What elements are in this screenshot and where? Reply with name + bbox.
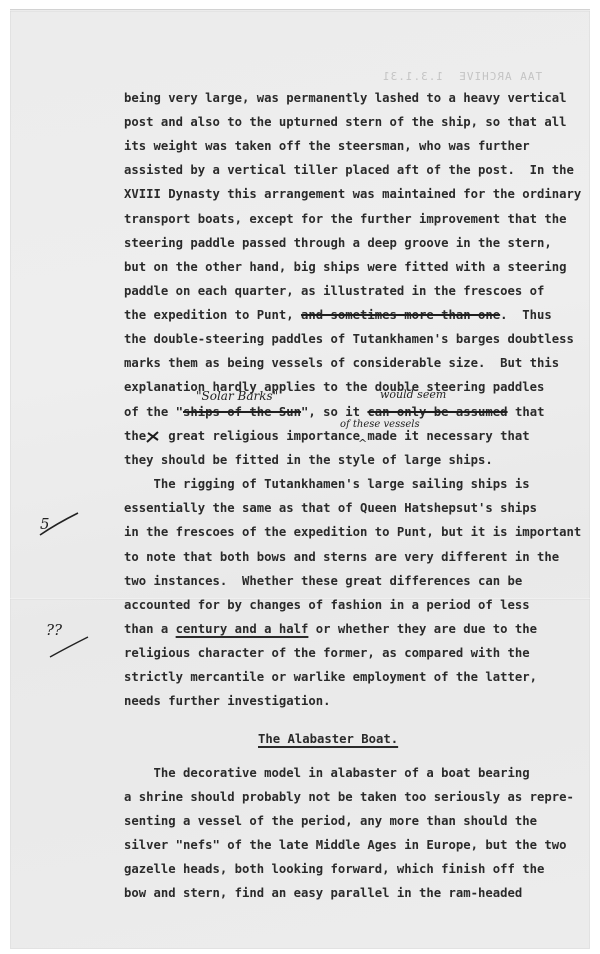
margin-slash-icon [38, 510, 80, 538]
archive-stamp: TAA ARCHIVE 1.3.1.31 [382, 70, 542, 83]
text-line: steering paddle passed through a deep gr… [124, 236, 552, 250]
text-line: needs further investigation. [124, 694, 331, 708]
text-segment: or whether they are due to the [308, 622, 537, 636]
text-line: the double-steering paddles of Tutankham… [124, 332, 574, 346]
document-page: TAA ARCHIVE 1.3.1.31 being very large, w… [10, 9, 590, 949]
text-line: the expedition to Punt, and sometimes mo… [124, 308, 552, 322]
text-line: a shrine should probably not be taken to… [124, 790, 574, 804]
text-line: paddle on each quarter, as illustrated i… [124, 284, 544, 298]
text-segment: ", so it [301, 405, 367, 419]
text-line: than a century and a half or whether the… [124, 622, 537, 636]
text-line: post and also to the upturned stern of t… [124, 115, 567, 129]
text-line: its weight was taken off the steersman, … [124, 139, 530, 153]
text-line: essentially the same as that of Queen Ha… [124, 501, 537, 515]
text-line: gazelle heads, both looking forward, whi… [124, 862, 544, 876]
text-line: they should be fitted in the style of la… [124, 453, 493, 467]
text-line: XVIII Dynasty this arrangement was maint… [124, 187, 581, 201]
text-segment: . Thus [500, 308, 552, 322]
text-line: The decorative model in alabaster of a b… [124, 766, 530, 780]
struck-text: can only be assumed [367, 405, 507, 419]
text-segment: that [508, 405, 545, 419]
text-line: religious character of the former, as co… [124, 646, 530, 660]
text-line: transport boats, except for the further … [124, 212, 567, 226]
text-line: of the "ships of the Sun", so it can onl… [124, 405, 544, 419]
strike-mark-icon [146, 430, 160, 444]
text-line: marks them as being vessels of considera… [124, 356, 559, 370]
insertion-caret: ^ [358, 437, 367, 450]
underlined-text: century and a half [176, 622, 309, 636]
text-line: assisted by a vertical tiller placed aft… [124, 163, 574, 177]
text-line: accounted for by changes of fashion in a… [124, 598, 530, 612]
text-line: in the frescoes of the expedition to Pun… [124, 525, 581, 539]
text-line: strictly mercantile or warlike employmen… [124, 670, 537, 684]
text-segment: of the " [124, 405, 183, 419]
text-line: two instances. Whether these great diffe… [124, 574, 522, 588]
page-edge [10, 10, 590, 12]
text-segment: the expedition to Punt, [124, 308, 301, 322]
text-line: being very large, was permanently lashed… [124, 91, 567, 105]
text-line: but on the other hand, big ships were fi… [124, 260, 567, 274]
handwritten-would-seem: would seem [380, 388, 446, 401]
text-line: explanation hardly applies to the double… [124, 380, 544, 394]
text-line: senting a vessel of the period, any more… [124, 814, 537, 828]
struck-text: and sometimes more than one [301, 308, 500, 322]
section-heading: The Alabaster Boat. [258, 732, 398, 746]
text-line: silver "nefs" of the late Middle Ages in… [124, 838, 567, 852]
struck-text: ships of the Sun [183, 405, 301, 419]
margin-slash-icon [48, 633, 92, 661]
text-segment: than a [124, 622, 176, 636]
text-line: to note that both bows and sterns are ve… [124, 550, 559, 564]
text-line: The rigging of Tutankhamen's large saili… [124, 477, 530, 491]
handwritten-solar-barks: "Solar Barks" [196, 389, 278, 403]
text-line: the great religious importance made it n… [124, 429, 530, 443]
text-line: bow and stern, find an easy parallel in … [124, 886, 522, 900]
